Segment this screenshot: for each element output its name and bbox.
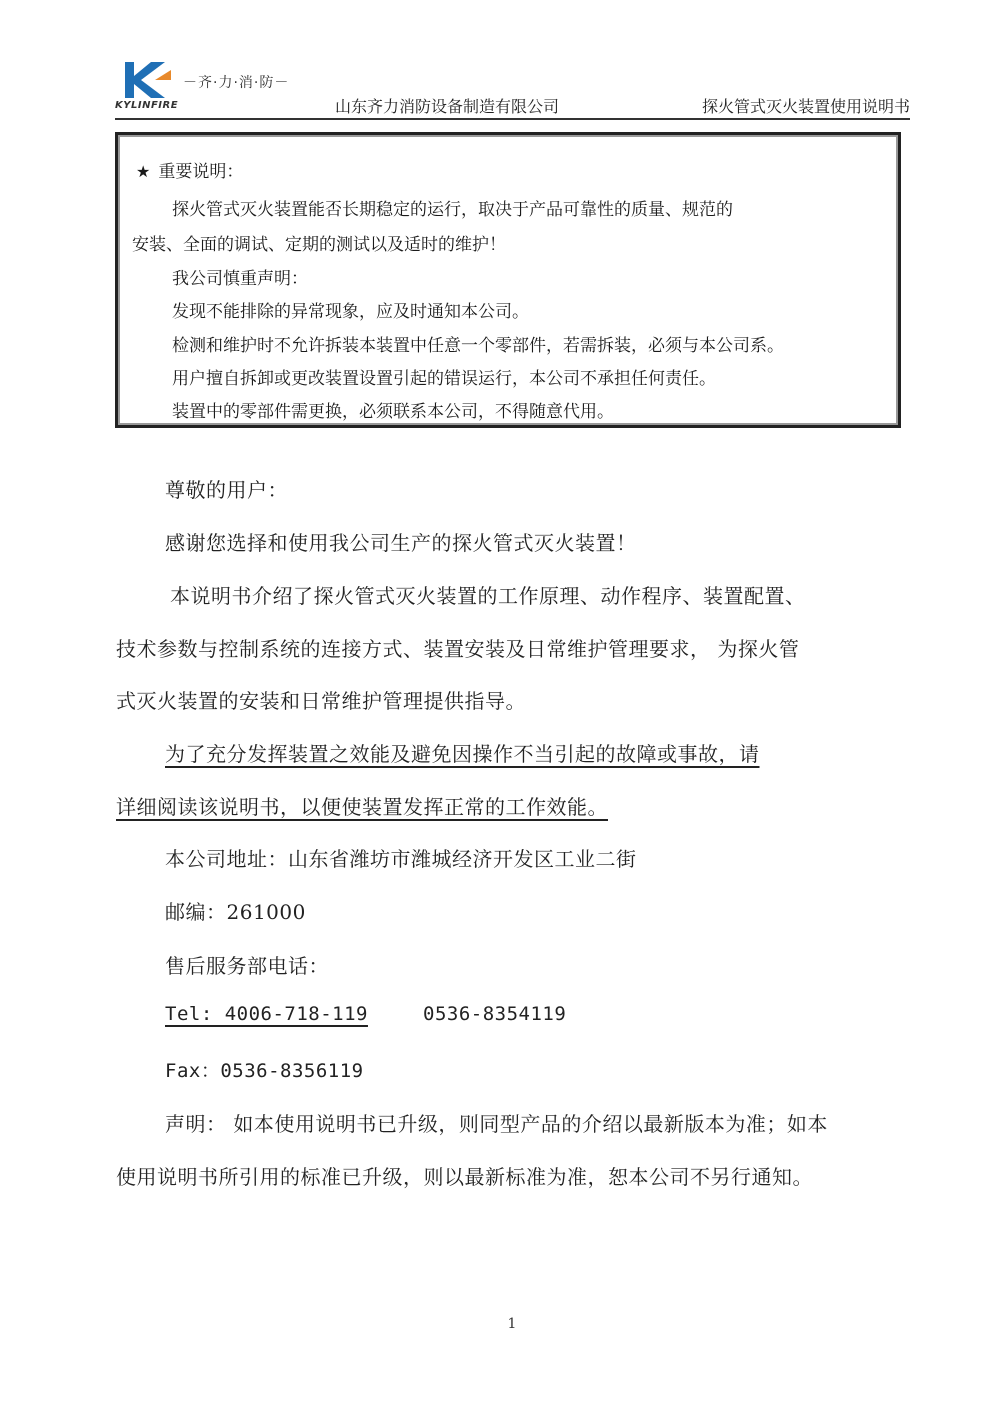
tel-number: Tel: 4006-718-119: [165, 1003, 368, 1025]
notice-title: ★重要说明：: [136, 157, 243, 182]
service-phone-label: 售后服务部电话：: [165, 950, 329, 979]
statement-line: 声明： 如本使用说明书已升级，则同型产品的介绍以最新版本为准；如本: [165, 1108, 828, 1137]
notice-line: 装置中的零部件需更换，必须联系本公司，不得随意代用。: [172, 397, 614, 422]
kylinfire-logo-icon: [125, 62, 171, 98]
star-icon: ★: [136, 162, 150, 181]
statement-line: 使用说明书所引用的标准已升级，则以最新标准为准，恕本公司不另行通知。: [116, 1161, 813, 1190]
notice-line: 我公司慎重声明：: [172, 264, 308, 289]
important-notice-box: ★重要说明： 探火管式灭火装置能否长期稳定的运行，取决于产品可靠性的质量、规范的…: [115, 132, 901, 428]
notice-line: 用户擅自拆卸或更改装置设置引起的错误运行，本公司不承担任何责任。: [172, 364, 716, 389]
intro-line: 技术参数与控制系统的连接方式、装置安装及日常维护管理要求， 为探火管: [116, 633, 799, 662]
tel-number-2: 0536-8354119: [423, 1003, 566, 1025]
notice-line: 探火管式灭火装置能否长期稳定的运行，取决于产品可靠性的质量、规范的: [172, 195, 733, 220]
fax-number: Fax：0536-8356119: [165, 1056, 364, 1083]
notice-title-text: 重要说明：: [158, 162, 243, 182]
emphasis-line: 详细阅读该说明书，以便使装置发挥正常的工作效能。: [116, 791, 608, 820]
company-address: 本公司地址：山东省潍坊市潍城经济开发区工业二街: [165, 843, 637, 872]
notice-line: 安装、全面的调试、定期的测试以及适时的维护！: [132, 230, 506, 255]
greeting: 尊敬的用户：: [165, 474, 288, 503]
intro-line: 本说明书介绍了探火管式灭火装置的工作原理、动作程序、装置配置、: [170, 580, 806, 609]
brand-name: KYLINFIRE: [115, 100, 178, 111]
document-title: 探火管式灭火装置使用说明书: [702, 94, 910, 117]
notice-line: 检测和维护时不允许拆装本装置中任意一个零部件，若需拆装，必须与本公司系。: [172, 331, 784, 356]
page-number: 1: [0, 1316, 1000, 1332]
company-name: 山东齐力消防设备制造有限公司: [335, 94, 559, 117]
notice-line: 发现不能排除的异常现象，应及时通知本公司。: [172, 297, 529, 322]
postcode: 邮编：261000: [165, 896, 306, 925]
intro-line: 式灭火装置的安装和日常维护管理提供指导。: [116, 685, 526, 714]
brand-slogan: －齐·力·消·防－: [183, 72, 289, 92]
page-header: KYLINFIRE －齐·力·消·防－ 山东齐力消防设备制造有限公司 探火管式灭…: [115, 58, 910, 120]
thanks-text: 感谢您选择和使用我公司生产的探火管式灭火装置！: [165, 527, 637, 556]
emphasis-line: 为了充分发挥装置之效能及避免因操作不当引起的故障或事故，请: [165, 738, 760, 767]
